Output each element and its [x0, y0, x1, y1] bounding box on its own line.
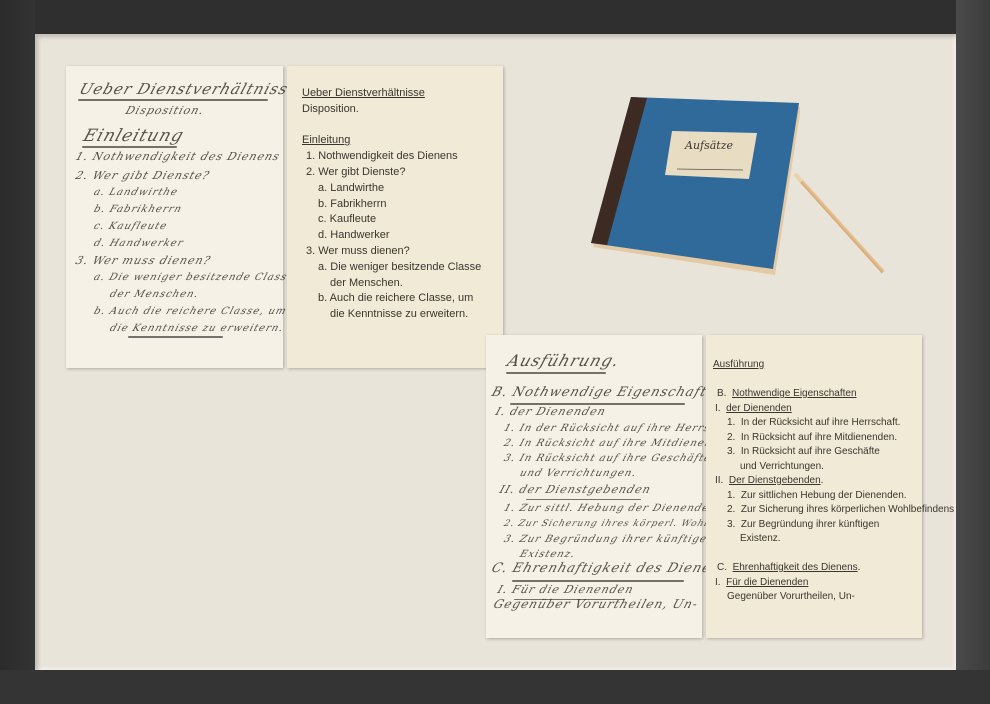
- hw-underline: [526, 499, 641, 500]
- hw-line: I. Für die Dienenden: [496, 583, 636, 596]
- list-item: 2. In Rücksicht auf ihre Mitdienenden.: [713, 431, 954, 446]
- hw-line: 3. Wer muss dienen?: [74, 254, 213, 267]
- hw-line: I. der Dienenden: [494, 405, 608, 418]
- list-item: 3. In Rücksicht auf ihre Geschäfte: [713, 445, 954, 460]
- hw-line: a. Landwirthe: [92, 187, 179, 198]
- list-item: b. Fabrikherrn: [302, 197, 481, 213]
- frame-top-edge: [0, 0, 990, 34]
- hw-line: die Kenntnisse zu erweitern.: [108, 323, 285, 334]
- list-item: a. Die weniger besitzende Classe: [302, 260, 481, 276]
- hw-line: b. Fabrikherrn: [92, 204, 183, 215]
- hw-line: II. der Dienstgebenden: [498, 483, 653, 496]
- hw-title: Ueber Dienstverhältnisse.: [77, 80, 306, 98]
- transcription-2-body: Ausführung B. Nothwendige Eigenschaften …: [713, 358, 954, 605]
- transcription-page-ausfuehrung: Ausführung B. Nothwendige Eigenschaften …: [706, 335, 922, 638]
- hw-line: C. Ehrenhaftigkeit des Dienens: [490, 561, 731, 576]
- list-item: 1. In der Rücksicht auf ihre Herrschaft.: [713, 416, 954, 431]
- list-item: 1. Nothwendigkeit des Dienens: [302, 149, 481, 165]
- hw-line: Existenz.: [518, 549, 577, 560]
- hw-title: Ausführung.: [505, 351, 622, 370]
- transcription-title: Ausführung: [713, 358, 954, 373]
- hw-line: 3. In Rücksicht auf ihre Geschäfte: [502, 453, 713, 464]
- hw-line: b. Auch die reichere Classe, um: [92, 306, 288, 317]
- section-c: C. Ehrenhaftigkeit des Dienens.: [713, 561, 954, 576]
- section-b-ii: II. Der Dienstgebenden.: [713, 474, 954, 489]
- hw-line: 1. Zur sittl. Hebung der Dienenden.: [502, 503, 722, 514]
- handwritten-page-ausfuehrung: Ausführung. B. Nothwendige Eigenschaften…: [486, 335, 702, 638]
- section-c-i: I. Für die Dienenden: [713, 576, 954, 591]
- transcription-subtitle: Disposition.: [302, 102, 481, 118]
- hw-line: 2. Wer gibt Dienste?: [74, 169, 212, 182]
- notebook-photo: Aufsätze: [585, 97, 800, 272]
- hw-underline: [512, 580, 684, 582]
- hw-title-underline: [506, 372, 606, 374]
- list-item: 2. Wer gibt Dienste?: [302, 165, 481, 181]
- frame-left-edge: [0, 0, 35, 704]
- list-item: a. Landwirthe: [302, 181, 481, 197]
- notebook-icon: Aufsätze: [585, 97, 800, 277]
- list-item: 1. Zur sittlichen Hebung der Dienenden.: [713, 489, 954, 504]
- hw-subtitle: Disposition.: [124, 104, 206, 117]
- hw-line: 2. In Rücksicht auf ihre Mitdienenden: [502, 438, 735, 449]
- svg-text:Aufsätze: Aufsätze: [684, 139, 734, 152]
- section-c-i-text: Gegenüber Vorurtheilen, Un-: [713, 590, 954, 605]
- list-item: 2. Zur Sicherung ihres körperlichen Wohl…: [713, 503, 954, 518]
- list-item: Existenz.: [713, 532, 954, 547]
- list-item: die Kenntnisse zu erweitern.: [302, 307, 481, 323]
- hw-line: Gegenüber Vorurtheilen, Un-: [492, 597, 700, 611]
- hw-line: B. Nothwendige Eigenschaften: [490, 385, 728, 400]
- transcription-page-disposition: Ueber Dienstverhältnisse Disposition. Ei…: [287, 66, 503, 368]
- frame-right-edge: [956, 0, 990, 704]
- hw-line: 1. Nothwendigkeit des Dienens: [74, 150, 282, 163]
- list-item: c. Kaufleute: [302, 212, 481, 228]
- section-b: B. Nothwendige Eigenschaften: [713, 387, 954, 402]
- hw-title-underline: [78, 99, 268, 101]
- section-b-i: I. der Dienenden: [713, 402, 954, 417]
- list-item: 3. Wer muss dienen?: [302, 244, 481, 260]
- list-item: d. Handwerker: [302, 228, 481, 244]
- transcription-section: Einleitung: [302, 133, 481, 149]
- hw-section: Einleitung: [81, 126, 187, 146]
- hw-line: der Menschen.: [108, 289, 200, 300]
- frame-bottom-edge: [0, 670, 990, 704]
- transcription-1-body: Ueber Dienstverhältnisse Disposition. Ei…: [302, 86, 481, 323]
- handwritten-page-disposition: Ueber Dienstverhältnisse. Disposition. E…: [66, 66, 283, 368]
- hw-line: und Verrichtungen.: [518, 468, 638, 479]
- list-item: 3. Zur Begründung ihrer künftigen: [713, 518, 954, 533]
- hw-section-underline: [82, 146, 177, 148]
- list-item: und Verrichtungen.: [713, 460, 954, 475]
- hw-end-rule: [128, 336, 223, 338]
- transcription-title: Ueber Dienstverhältnisse: [302, 86, 481, 102]
- list-item: b. Auch die reichere Classe, um: [302, 291, 481, 307]
- list-item: der Menschen.: [302, 276, 481, 292]
- hw-line: c. Kaufleute: [92, 221, 169, 232]
- hw-line: 3. Zur Begründung ihrer künftigen: [502, 534, 716, 545]
- hw-line: a. Die weniger besitzende Classe: [92, 272, 295, 283]
- hw-line: d. Handwerker: [92, 238, 185, 249]
